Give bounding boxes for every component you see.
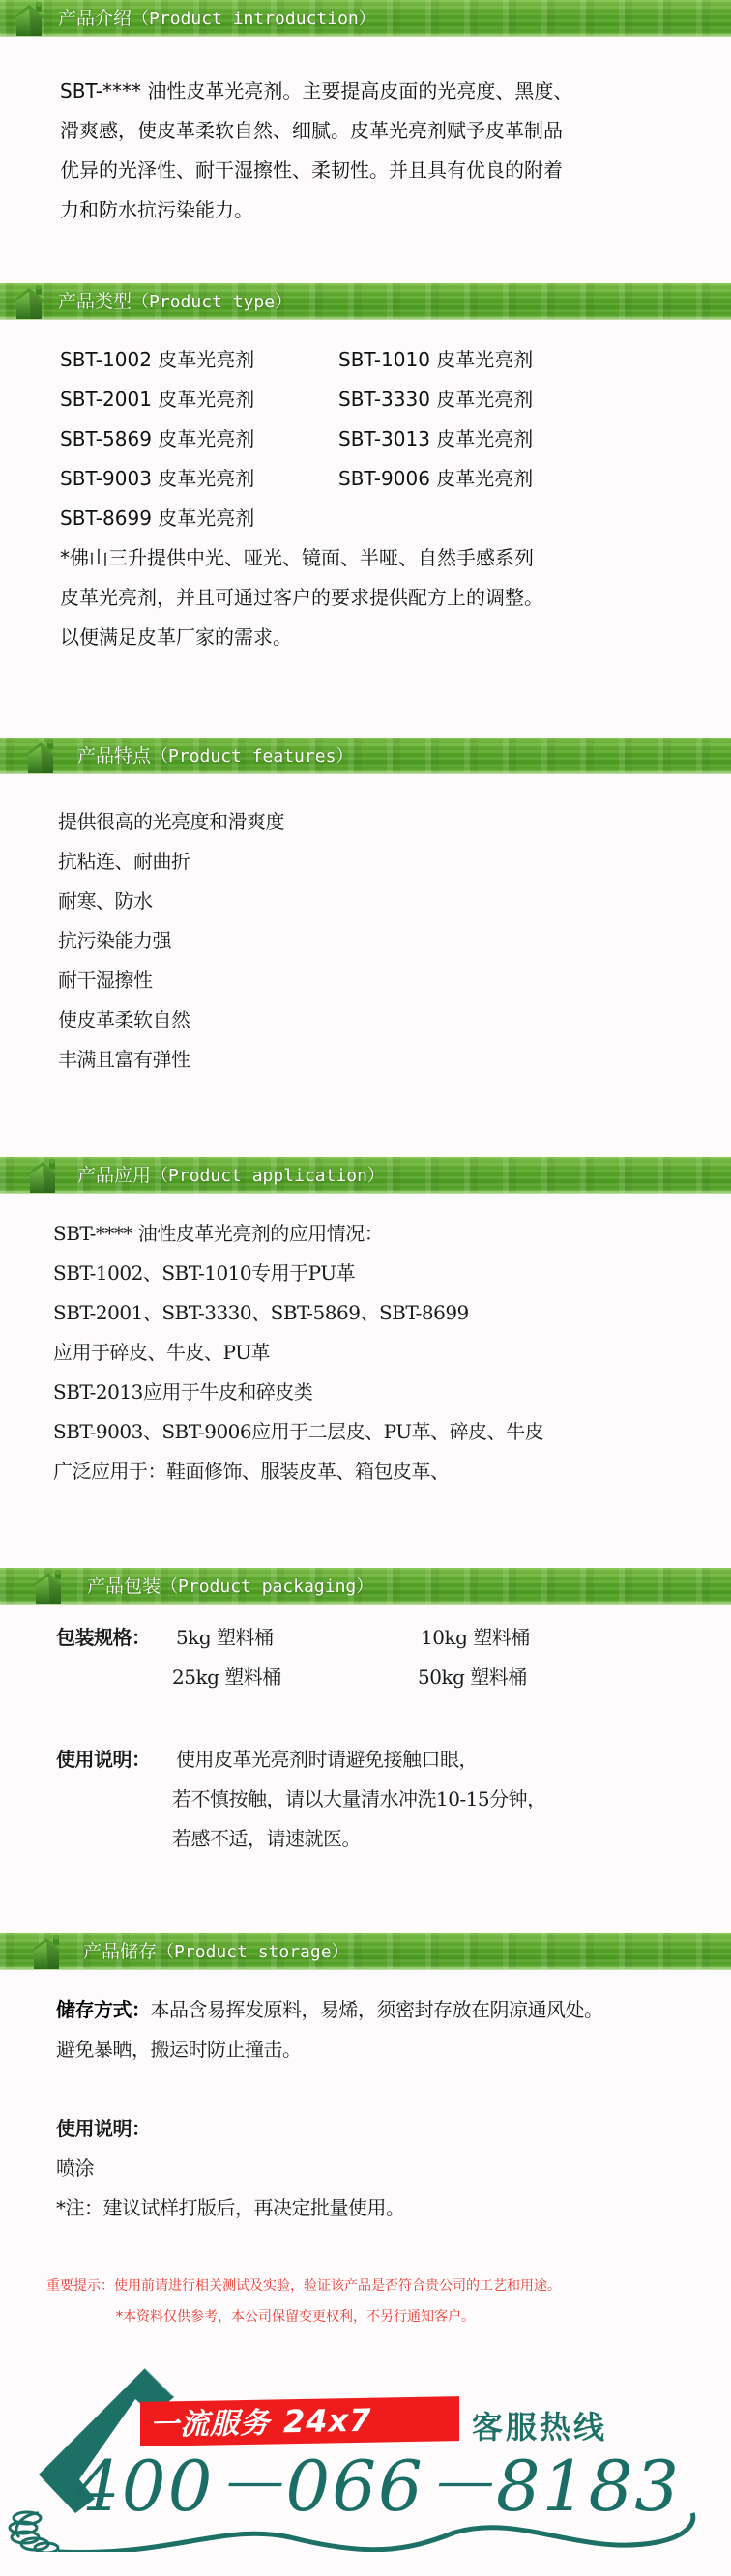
section-title: 产品特点（Product features） [77, 743, 353, 769]
house-icon [10, 285, 48, 320]
section-header-packaging: 产品包装（Product packaging） [0, 1568, 731, 1605]
house-icon [27, 1935, 66, 1970]
packaging-usage-line: 若不慎按触，请以大量清水冲洗10-15分钟， [172, 1785, 546, 1812]
packaging-spec: 10kg 塑料桶 [421, 1624, 530, 1651]
product-item: SBT-9003 皮革光亮剂 [60, 465, 254, 492]
product-item: SBT-3013 皮革光亮剂 [338, 425, 533, 452]
application-line: SBT-1002、SBT-1010专用于PU革 [53, 1259, 355, 1287]
application-line: SBT-2001、SBT-3330、SBT-5869、SBT-8699 [53, 1299, 469, 1326]
storage-usage-text: 喷涂 [56, 2155, 94, 2182]
storage-method-line2: 避免暴晒，搬运时防止撞击。 [56, 2036, 302, 2063]
intro-line: SBT-**** 油性皮革光亮剂。主要提高皮面的光亮度、黑度、 [60, 77, 572, 104]
packaging-spec: 5kg 塑料桶 [176, 1624, 274, 1651]
intro-line: 力和防水抗污染能力。 [60, 196, 253, 223]
storage-usage-label: 使用说明： [56, 2115, 151, 2142]
section-header-features: 产品特点（Product features） [0, 738, 731, 774]
intro-line: 优异的光泽性、耐干湿擦性、柔韧性。并且具有优良的附着 [60, 157, 563, 184]
section-header-storage: 产品储存（Product storage） [0, 1933, 731, 1970]
feature-item: 抗污染能力强 [58, 927, 171, 954]
packaging-usage-label: 使用说明： [56, 1746, 151, 1773]
product-item: SBT-1002 皮革光亮剂 [60, 346, 254, 373]
packaging-spec: 50kg 塑料桶 [418, 1664, 527, 1691]
type-note-line: *佛山三升提供中光、哑光、镜面、半哑、自然手感系列 [60, 544, 534, 571]
product-item: SBT-5869 皮革光亮剂 [60, 425, 254, 452]
house-icon [10, 2, 48, 37]
section-header-intro: 产品介绍（Product introduction） [0, 0, 731, 37]
feature-item: 丰满且富有弹性 [58, 1046, 190, 1073]
product-item: SBT-9006 皮革光亮剂 [338, 465, 533, 492]
application-line: SBT-**** 油性皮革光亮剂的应用情况： [53, 1220, 383, 1247]
section-header-type: 产品类型（Product type） [0, 283, 731, 320]
important-notice: 重要提示：使用前请进行相关测试及实验，验证该产品是否符合贵公司的工艺和用途。 [46, 2277, 561, 2295]
intro-line: 滑爽感，使皮革柔软自然、细腻。皮革光亮剂赋予皮革制品 [60, 117, 563, 144]
feature-item: 抗粘连、耐曲折 [58, 848, 190, 875]
type-note-line: 皮革光亮剂，并且可通过客户的要求提供配方上的调整。 [60, 584, 543, 611]
feature-item: 提供很高的光亮度和滑爽度 [58, 808, 284, 835]
storage-method: 储存方式：本品含易挥发原料，易烯，须密封存放在阴凉通风处。 [56, 1996, 603, 2023]
section-header-application: 产品应用（Product application） [0, 1157, 731, 1194]
section-title: 产品类型（Product type） [58, 289, 292, 315]
packaging-usage-line: 若感不适，请速就医。 [172, 1825, 361, 1852]
disclaimer-notice: *本资料仅供参考，本公司保留变更权利，不另行通知客户。 [116, 2308, 475, 2326]
house-icon [23, 1159, 62, 1194]
product-item: SBT-1010 皮革光亮剂 [338, 346, 533, 373]
product-item: SBT-2001 皮革光亮剂 [60, 386, 254, 413]
hotline-number[interactable]: 400－066－8183 [75, 2447, 681, 2525]
storage-note: *注：建议试样打版后，再决定批量使用。 [56, 2194, 405, 2221]
house-icon [21, 739, 60, 774]
packaging-usage-line: 使用皮革光亮剂时请避免接触口眼， [176, 1746, 478, 1773]
service-banner: 一流服务24x7 [140, 2396, 459, 2446]
section-title: 产品介绍（Product introduction） [58, 6, 376, 32]
feature-item: 使皮革柔软自然 [58, 1006, 190, 1033]
section-title: 产品储存（Product storage） [83, 1939, 349, 1965]
packaging-spec-label: 包装规格： [56, 1624, 151, 1651]
application-line: SBT-2013应用于牛皮和碎皮类 [53, 1378, 312, 1405]
product-item: SBT-3330 皮革光亮剂 [338, 386, 533, 413]
section-title: 产品应用（Product application） [77, 1163, 385, 1189]
hotline-label: 客服热线 [472, 2403, 607, 2447]
application-line: 应用于碎皮、牛皮、PU革 [53, 1339, 270, 1366]
product-item: SBT-8699 皮革光亮剂 [60, 505, 254, 532]
house-icon [29, 1570, 68, 1605]
application-line: 广泛应用于：鞋面修饰、服装皮革、箱包皮革、 [53, 1458, 450, 1485]
section-title: 产品包装（Product packaging） [87, 1574, 373, 1600]
feature-item: 耐寒、防水 [58, 887, 153, 914]
type-note-line: 以便满足皮革厂家的需求。 [60, 623, 292, 651]
feature-item: 耐干湿擦性 [58, 967, 153, 994]
packaging-spec: 25kg 塑料桶 [172, 1664, 281, 1691]
hotline-banner: 一流服务24x7 客服热线 400－066－8183 [0, 2388, 731, 2542]
application-line: SBT-9003、SBT-9006应用于二层皮、PU革、碎皮、牛皮 [53, 1418, 543, 1445]
